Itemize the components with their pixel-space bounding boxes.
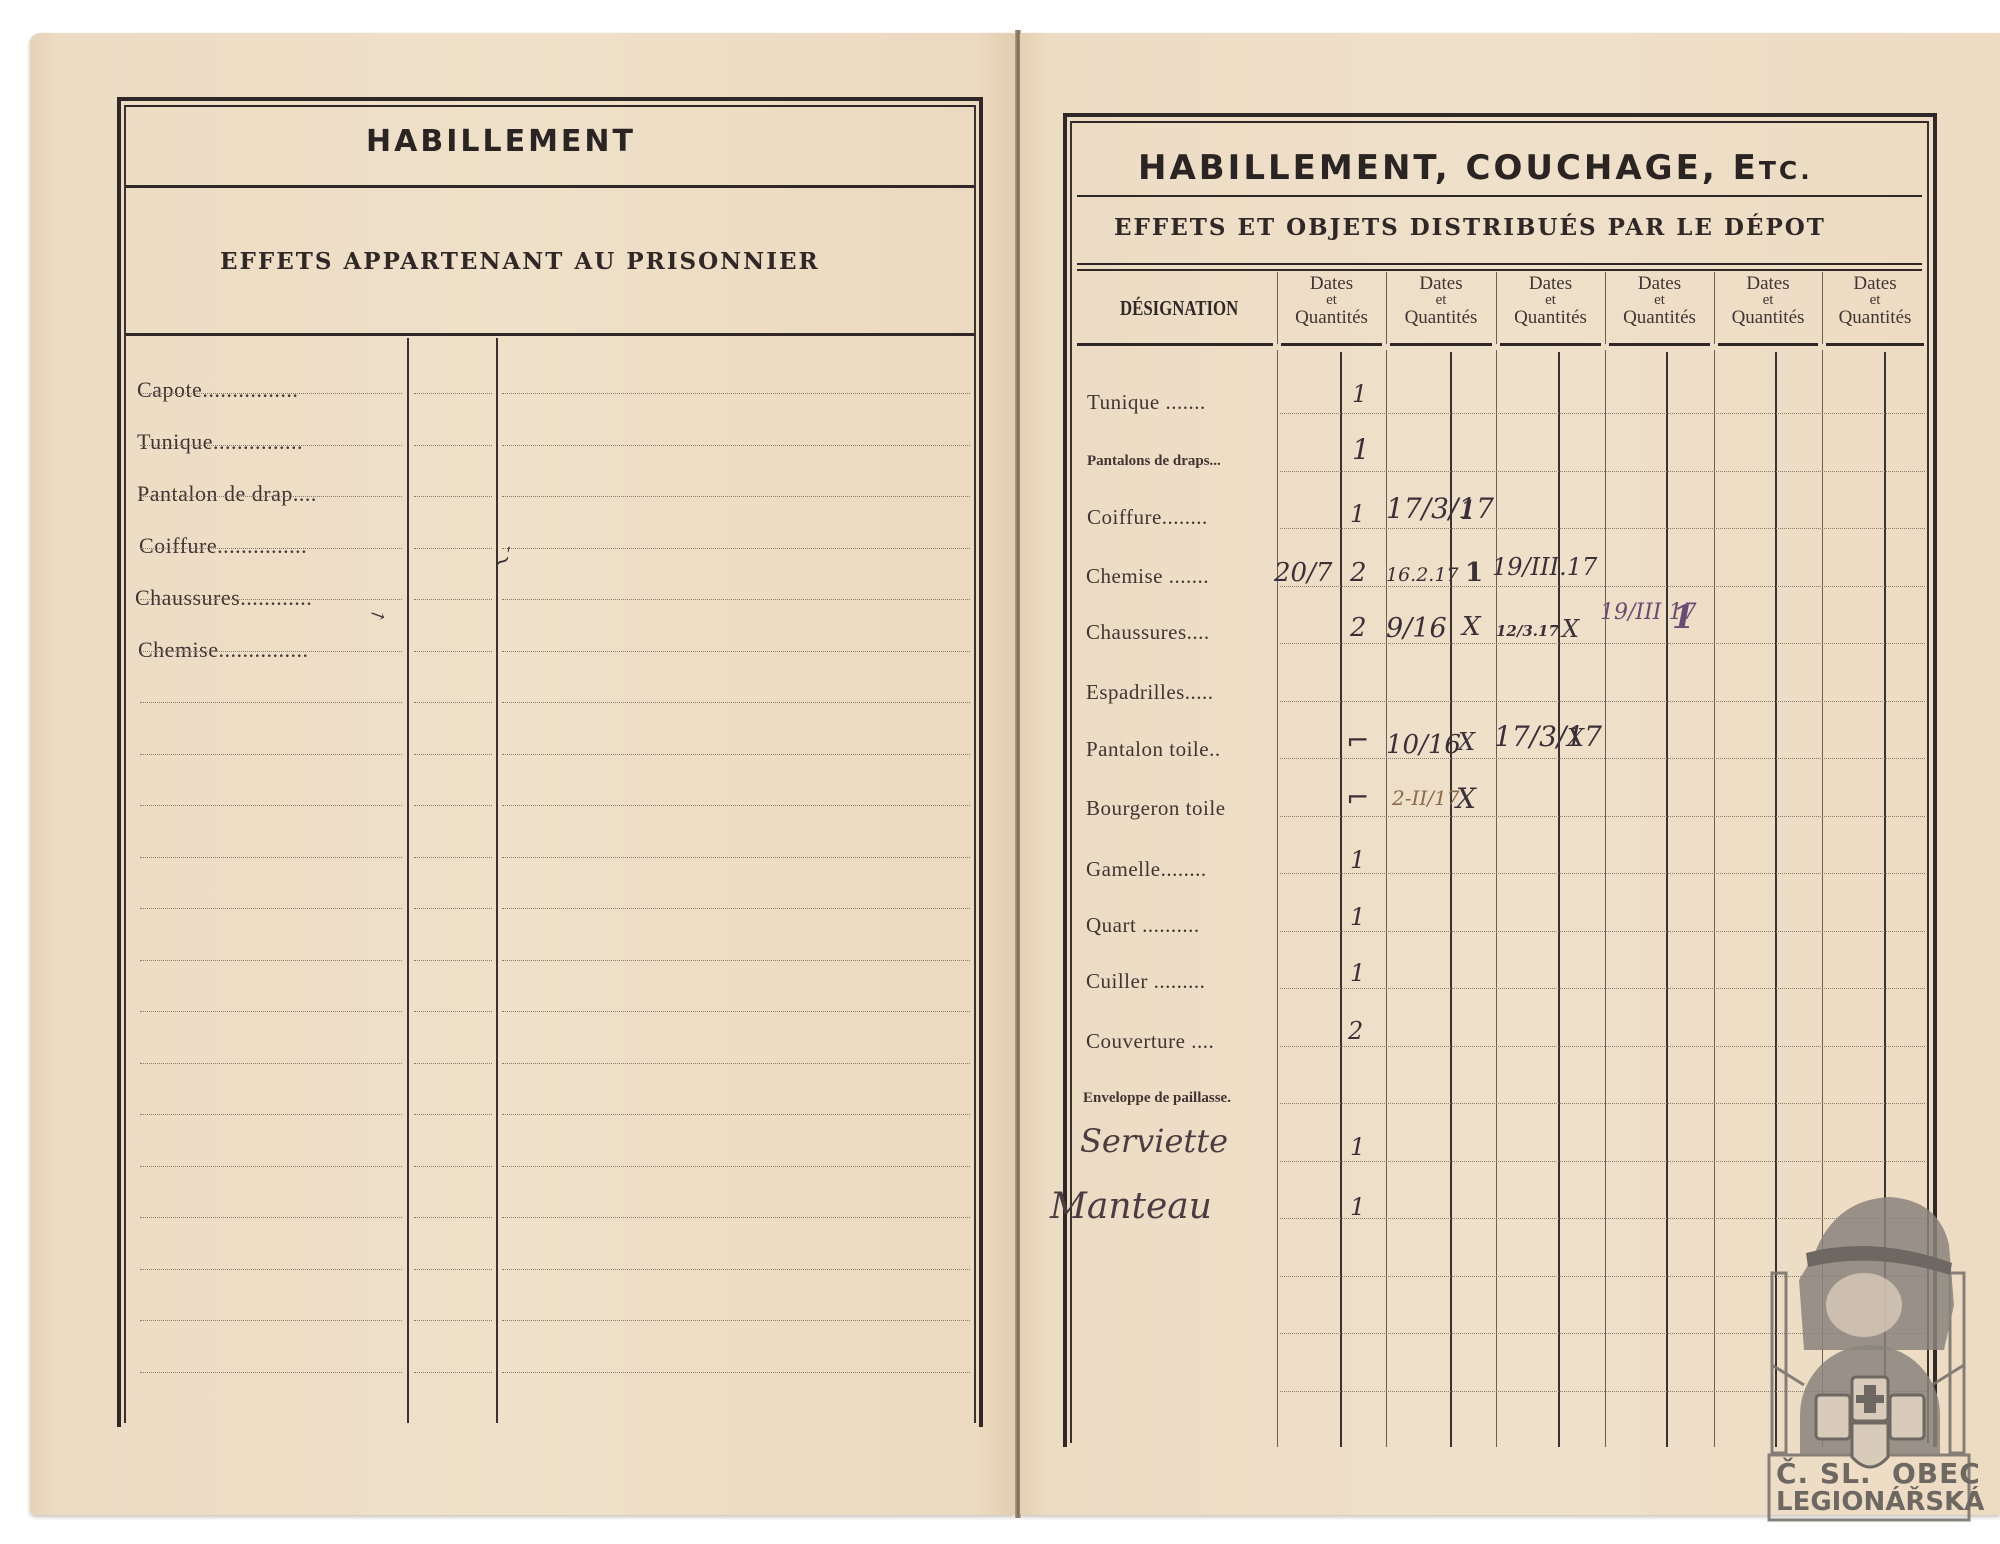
ruled-dotted-line — [502, 496, 970, 497]
entry-chemise-qty-2: 1 — [1465, 558, 1483, 588]
ruled-dotted-line — [140, 1063, 402, 1064]
header-column-divider — [1277, 272, 1278, 344]
row-label-coiffure: Coiffure........ — [1087, 505, 1208, 530]
ruled-dotted-line — [502, 754, 970, 755]
row-label-bourgeron-toile: Bourgeron toile — [1086, 796, 1226, 821]
ruled-dotted-line — [502, 445, 970, 446]
ruled-dotted-line — [414, 1217, 492, 1218]
ruled-dotted-line — [414, 548, 492, 549]
ruled-dotted-line — [414, 1269, 492, 1270]
entry-chemise-date-3: 19/III.17 — [1492, 553, 1597, 581]
ruled-dotted-line — [502, 548, 970, 549]
entry-bourgeron-toile-date: 2-II/17 — [1392, 786, 1459, 810]
ruled-dotted-line — [414, 857, 492, 858]
header-column-divider — [1714, 272, 1715, 344]
left-inner-left-rule — [124, 105, 126, 1423]
row-label-serviette-handwritten: Serviette — [1080, 1122, 1228, 1160]
column-header-dates-et-quantites: DatesetQuantités — [1496, 274, 1605, 327]
entry-pantalon-toile-date-2: 17/3/17 — [1494, 720, 1602, 753]
column-header-dates-et-quantites: DatesetQuantités — [1386, 274, 1496, 327]
right-subtitle-rule-2 — [1077, 269, 1922, 271]
column-header-line: Dates — [1496, 274, 1605, 293]
right-subtitle: EFFETS ET OBJETS DISTRIBUÉS PAR LE DÉPOT — [1114, 214, 1826, 241]
ruled-dotted-line — [140, 496, 402, 497]
ruled-dotted-line — [1280, 1103, 1925, 1104]
column-header-line: Quantités — [1822, 308, 1928, 327]
column-header-designation: DÉSIGNATION — [1120, 296, 1238, 321]
body-column-divider — [1277, 350, 1278, 1447]
ruled-dotted-line — [140, 651, 402, 652]
ruled-dotted-line — [1280, 758, 1925, 759]
right-subtitle-rule-1 — [1077, 263, 1922, 265]
right-inner-top-rule — [1070, 121, 1928, 123]
header-column-divider — [1386, 272, 1387, 344]
entry-quart-qty: 1 — [1350, 903, 1365, 931]
ruled-dotted-line — [140, 1269, 402, 1270]
entry-chaussures-mark-1: X — [1462, 612, 1481, 642]
entry-pantalon-toile-mark-2: X — [1458, 728, 1475, 756]
ruled-dotted-line — [140, 548, 402, 549]
entry-tunique-qty: 1 — [1352, 380, 1367, 408]
row-label-espadrilles: Espadrilles..... — [1086, 680, 1214, 705]
ruled-dotted-line — [140, 908, 402, 909]
logo-text-csl: Č. SL. — [1776, 1457, 1872, 1490]
column-header-line: Dates — [1605, 274, 1714, 293]
ruled-dotted-line — [140, 857, 402, 858]
row-label-pantalon-toile: Pantalon toile.. — [1086, 737, 1221, 762]
ruled-dotted-line — [1280, 1046, 1925, 1047]
entry-chemise-date-2: 16.2.17 — [1386, 564, 1459, 586]
left-inner-right-rule — [974, 105, 976, 1423]
column-header-line: et — [1605, 293, 1714, 308]
ruled-dotted-line — [414, 445, 492, 446]
ruled-dotted-line — [414, 496, 492, 497]
column-header-line: et — [1496, 293, 1605, 308]
column-header-line: Quantités — [1714, 308, 1822, 327]
ruled-dotted-line — [502, 1011, 970, 1012]
entry-coiffure-qty: 1 — [1350, 500, 1365, 528]
left-item-capote: Capote................ — [137, 377, 298, 403]
column-header-line: Quantités — [1386, 308, 1496, 327]
ruled-dotted-line — [1280, 701, 1925, 702]
column-header-dates-et-quantites: DatesetQuantités — [1277, 274, 1386, 327]
ruled-dotted-line — [502, 805, 970, 806]
ruled-dotted-line — [502, 1166, 970, 1167]
entry-pantalon-toile-date-1: 10/16 — [1386, 730, 1461, 760]
ruled-dotted-line — [502, 1217, 970, 1218]
row-label-gamelle: Gamelle........ — [1086, 857, 1207, 882]
right-title: HABILLEMENT, COUCHAGE, ETC. — [1138, 148, 1813, 188]
ruled-dotted-line — [1280, 413, 1925, 414]
entry-coiffure-date: 17/3/17 — [1386, 492, 1494, 525]
left-item-coiffure: Coiffure............... — [139, 533, 307, 559]
ruled-dotted-line — [502, 857, 970, 858]
header-column-divider — [1822, 272, 1823, 344]
logo-text-legionarska: LEGIONÁŘSKÁ — [1776, 1487, 1984, 1517]
ruled-dotted-line — [502, 1114, 970, 1115]
row-label-enveloppe-de-paillasse: Enveloppe de paillasse. — [1083, 1090, 1231, 1107]
row-label-cuiller: Cuiller ......... — [1086, 969, 1205, 994]
ruled-dotted-line — [502, 651, 970, 652]
entry-serviette-qty: 1 — [1350, 1133, 1365, 1161]
entry-bourgeron-toile-mark-1: ⌐ — [1346, 781, 1369, 814]
ruled-dotted-line — [140, 805, 402, 806]
ruled-dotted-line — [502, 1269, 970, 1270]
column-header-line: Quantités — [1496, 308, 1605, 327]
ruled-dotted-line — [414, 805, 492, 806]
ruled-dotted-line — [1280, 586, 1925, 587]
ruled-dotted-line — [414, 393, 492, 394]
ruled-dotted-line — [140, 1320, 402, 1321]
ruled-dotted-line — [502, 1063, 970, 1064]
ruled-dotted-line — [140, 1217, 402, 1218]
ruled-dotted-line — [1280, 528, 1925, 529]
ruled-dotted-line — [414, 702, 492, 703]
left-subtitle: EFFETS APPARTENANT AU PRISONNIER — [220, 248, 820, 275]
right-title-suffix: TC. — [1759, 156, 1813, 185]
ruled-dotted-line — [502, 1320, 970, 1321]
column-header-line: Dates — [1714, 274, 1822, 293]
header-bottom-rule — [1281, 343, 1382, 346]
entry-coiffure-qty-2: 1 — [1460, 496, 1477, 526]
header-column-divider — [1605, 272, 1606, 344]
column-header-dates-et-quantites: DatesetQuantités — [1822, 274, 1928, 327]
column-header-dates-et-quantites: DatesetQuantités — [1605, 274, 1714, 327]
row-label-pantalons-de-draps: Pantalons de draps... — [1087, 453, 1221, 470]
entry-chaussures-qty-3: 1 — [1672, 598, 1694, 636]
ruled-dotted-line — [140, 599, 402, 600]
body-quantity-divider — [1340, 352, 1342, 1447]
left-title: HABILLEMENT — [366, 124, 636, 159]
row-label-quart: Quart .......... — [1086, 913, 1200, 938]
left-header-rule — [126, 333, 974, 336]
entry-pantalon-toile-mark-3: X — [1567, 724, 1584, 752]
entry-chaussures-qty-1: 2 — [1350, 613, 1367, 643]
entry-pantalon-toile-mark-1: ⌐ — [1346, 724, 1369, 757]
legion-logo: Č. SL. OBEC LEGIONÁŘSKÁ — [1764, 1185, 1974, 1525]
ruled-dotted-line — [414, 908, 492, 909]
ruled-dotted-line — [414, 754, 492, 755]
row-label-tunique: Tunique ....... — [1087, 390, 1206, 415]
ruled-dotted-line — [414, 960, 492, 961]
ruled-dotted-line — [140, 1011, 402, 1012]
right-inner-left-rule — [1070, 121, 1072, 1443]
column-header-line: Dates — [1822, 274, 1928, 293]
body-column-divider — [1496, 350, 1497, 1447]
right-title-rule — [1077, 195, 1922, 197]
ruled-dotted-line — [414, 1011, 492, 1012]
ruled-dotted-line — [502, 393, 970, 394]
right-title-main: HABILLEMENT, COUCHAGE, E — [1138, 148, 1759, 188]
left-item-chaussures: Chaussures............ — [135, 585, 312, 611]
entry-cuiller-qty: 1 — [1350, 959, 1365, 987]
entry-chaussures-date-1: 9/16 — [1386, 613, 1447, 644]
ruled-dotted-line — [140, 445, 402, 446]
column-header-line: et — [1714, 293, 1822, 308]
body-quantity-divider — [1666, 352, 1668, 1447]
column-header-line: et — [1277, 293, 1386, 308]
ruled-dotted-line — [140, 393, 402, 394]
header-bottom-rule — [1718, 343, 1818, 346]
entry-chemise-date-1: 20/7 — [1274, 558, 1332, 588]
left-inner-top-rule — [124, 105, 976, 107]
column-header-line: et — [1822, 293, 1928, 308]
row-label-chaussures: Chaussures.... — [1086, 620, 1210, 645]
column-header-line: Dates — [1277, 274, 1386, 293]
left-item-pantalon-de-drap: Pantalon de drap.... — [137, 481, 317, 507]
column-header-line: Dates — [1386, 274, 1496, 293]
header-bottom-rule — [1500, 343, 1601, 346]
ruled-dotted-line — [502, 1372, 970, 1373]
left-col-divider-2 — [496, 338, 498, 1423]
left-col-divider-1 — [407, 338, 409, 1423]
ruled-dotted-line — [1280, 873, 1925, 874]
entry-chaussures-mark-2: X — [1562, 615, 1579, 643]
column-header-line: Quantités — [1277, 308, 1386, 327]
ruled-dotted-line — [1280, 988, 1925, 989]
logo-text-obec: OBEC — [1892, 1457, 1981, 1490]
ruled-dotted-line — [1280, 816, 1925, 817]
entry-chemise-qty-1: 2 — [1350, 558, 1367, 588]
header-bottom-rule — [1077, 343, 1273, 346]
column-header-line: et — [1386, 293, 1496, 308]
ruled-dotted-line — [140, 1166, 402, 1167]
header-column-divider — [1496, 272, 1497, 344]
body-quantity-divider — [1558, 352, 1560, 1447]
left-outer-frame — [117, 97, 983, 1427]
row-label-chemise: Chemise ....... — [1086, 564, 1209, 589]
ruled-dotted-line — [414, 651, 492, 652]
ruled-dotted-line — [414, 1372, 492, 1373]
ruled-dotted-line — [414, 1114, 492, 1115]
left-item-tunique: Tunique............... — [137, 429, 303, 455]
ruled-dotted-line — [414, 1063, 492, 1064]
entry-gamelle-qty: 1 — [1350, 846, 1365, 874]
body-column-divider — [1605, 350, 1606, 1447]
ruled-dotted-line — [1280, 1161, 1925, 1162]
ruled-dotted-line — [414, 599, 492, 600]
entry-couverture-qty: 2 — [1348, 1017, 1363, 1045]
column-header-line: Quantités — [1605, 308, 1714, 327]
ruled-dotted-line — [1280, 471, 1925, 472]
entry-pantalons-draps-qty: 1 — [1352, 433, 1370, 466]
ruled-dotted-line — [502, 908, 970, 909]
header-bottom-rule — [1390, 343, 1492, 346]
ruled-dotted-line — [140, 702, 402, 703]
left-title-rule — [126, 185, 974, 188]
entry-manteau-qty: 1 — [1350, 1193, 1365, 1221]
ruled-dotted-line — [140, 754, 402, 755]
entry-chaussures-date-2: 12/3.17 — [1496, 622, 1559, 640]
ruled-dotted-line — [140, 1114, 402, 1115]
row-label-manteau-handwritten: Manteau — [1050, 1186, 1212, 1227]
ruled-dotted-line — [1280, 931, 1925, 932]
column-header-dates-et-quantites: DatesetQuantités — [1714, 274, 1822, 327]
ruled-dotted-line — [502, 702, 970, 703]
body-column-divider — [1714, 350, 1715, 1447]
ruled-dotted-line — [502, 960, 970, 961]
ruled-dotted-line — [140, 1372, 402, 1373]
row-label-couverture: Couverture .... — [1086, 1029, 1214, 1054]
ruled-dotted-line — [414, 1166, 492, 1167]
entry-bourgeron-toile-mark-2: X — [1456, 782, 1476, 815]
header-bottom-rule — [1826, 343, 1924, 346]
ruled-dotted-line — [502, 599, 970, 600]
ruled-dotted-line — [140, 960, 402, 961]
header-bottom-rule — [1609, 343, 1710, 346]
ruled-dotted-line — [414, 1320, 492, 1321]
ruled-dotted-line — [1280, 643, 1925, 644]
